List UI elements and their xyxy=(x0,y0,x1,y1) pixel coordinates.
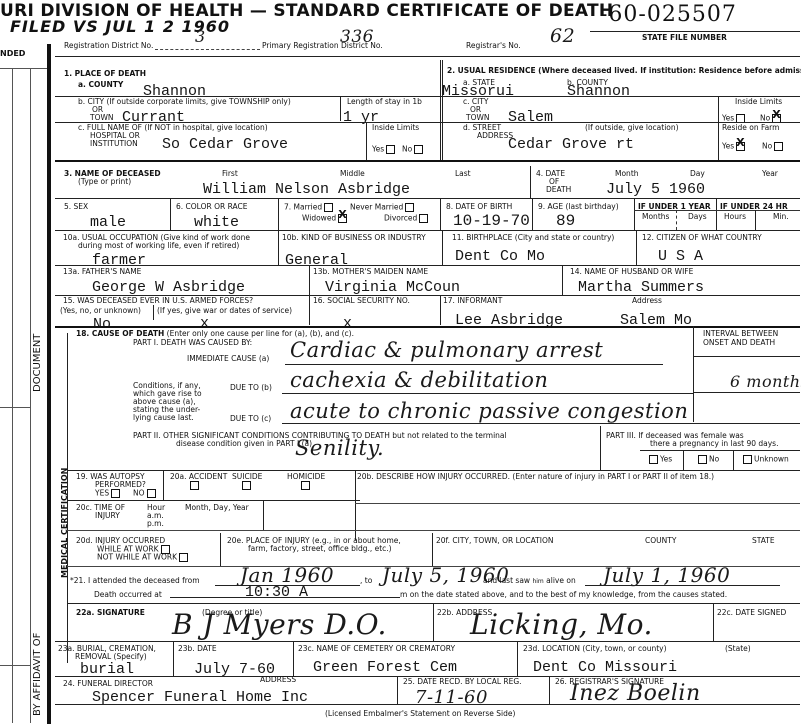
autopsy-yes[interactable]: YES xyxy=(95,489,122,498)
interval-label-2: ONSET AND DEATH xyxy=(703,339,775,347)
registrar-no-value: 62 xyxy=(550,26,575,46)
cemetery-label: 23c. NAME OF CEMETERY OR CREMATORY xyxy=(298,645,455,653)
res-inside-limits-label: Inside Limits xyxy=(735,98,782,106)
farm-label: Reside on Farm xyxy=(722,124,779,132)
father-value: George W Asbridge xyxy=(92,280,245,295)
street-hint: (If outside, give location) xyxy=(585,124,679,132)
marital-married[interactable]: 7. Married xyxy=(284,203,335,212)
res-city-town: TOWN xyxy=(466,114,490,122)
citizen-label: 12. CITIZEN OF WHAT COUNTRY xyxy=(642,234,762,242)
place-of-injury-label-2: farm, factory, street, office bldg., etc… xyxy=(248,545,392,553)
burial-method-label-2: REMOVAL (Specify) xyxy=(75,653,147,661)
city-label: b. CITY (If outside corporate limits, gi… xyxy=(78,98,291,106)
death-occurred-label: Death occurred at xyxy=(94,591,162,599)
informant-label: 17. INFORMANT xyxy=(443,297,502,305)
part-1-label: PART I. DEATH WAS CAUSED BY: xyxy=(133,339,252,347)
state-file-number-label: STATE FILE NUMBER xyxy=(642,34,727,42)
document-margin-label: DOCUMENT xyxy=(32,334,43,392)
birthplace-label: 11. BIRTHPLACE (City and state or countr… xyxy=(452,234,614,242)
deceased-name-value: William Nelson Asbridge xyxy=(203,182,410,197)
describe-injury-label: 20b. DESCRIBE HOW INJURY OCCURRED. (Ente… xyxy=(357,473,714,481)
race-value: white xyxy=(194,215,239,230)
length-of-stay-label: Length of stay in 1b xyxy=(347,98,422,106)
immediate-cause-value: Cardiac & pulmonary arrest xyxy=(290,340,603,360)
burial-state-label: (State) xyxy=(725,645,751,653)
marital-divorced[interactable]: Divorced xyxy=(384,214,430,223)
farm-no[interactable]: No xyxy=(762,142,785,151)
date-of-death-death: DEATH xyxy=(546,186,571,194)
injury-state-label: STATE xyxy=(752,537,775,545)
burial-location-label: 23d. LOCATION (City, town, or county) xyxy=(523,645,667,653)
street-value: Cedar Grove rt xyxy=(508,137,634,152)
birthplace-value: Dent Co Mo xyxy=(455,249,545,264)
autopsy-no[interactable]: NO xyxy=(133,489,158,498)
death-inside-limits-label: Inside Limits xyxy=(372,124,419,132)
armed-hint-2: (If yes, give war or dates of service) xyxy=(157,307,292,315)
last-label: Last xyxy=(455,170,471,178)
alive-on-value: July 1, 1960 xyxy=(603,565,730,585)
not-while-at-work[interactable]: NOT WHILE AT WORK xyxy=(97,553,190,562)
county-label: a. COUNTY xyxy=(78,81,123,89)
physician-address-value: Licking, Mo. xyxy=(470,610,653,640)
registration-district-label: Registration District No. xyxy=(64,42,153,50)
homicide-option[interactable]: HOMICIDE xyxy=(287,473,325,490)
informant-address-label: Address xyxy=(632,297,662,305)
farm-yes[interactable]: Yes xyxy=(722,142,747,151)
funeral-address-label: ADDRESS xyxy=(260,676,296,684)
affidavit-margin-label: BY AFFIDAVIT OF xyxy=(32,633,43,716)
burial-method-value: burial xyxy=(80,662,134,677)
signature-label: 22a. SIGNATURE xyxy=(76,609,145,617)
immediate-cause-label: IMMEDIATE CAUSE (a) xyxy=(187,355,269,363)
spouse-value: Martha Summers xyxy=(578,280,704,295)
middle-label: Middle xyxy=(340,170,365,178)
hours-label: Hours xyxy=(724,213,746,221)
death-inside-limits-no[interactable]: No xyxy=(402,145,425,154)
cause-of-death-heading: 18. CAUSE OF DEATH (Enter only one cause… xyxy=(76,330,354,338)
day-label: Day xyxy=(690,170,705,178)
spouse-label: 14. NAME OF HUSBAND OR WIFE xyxy=(570,268,693,276)
death-inside-limits-yes[interactable]: Yes xyxy=(372,145,397,154)
pregnancy-unknown[interactable]: Unknown xyxy=(741,455,789,464)
registrar-no-label: Registrar's No. xyxy=(466,42,521,50)
usual-residence-label: 2. USUAL RESIDENCE (Where deceased lived… xyxy=(447,67,801,75)
place-of-death-label: 1. PLACE OF DEATH xyxy=(64,70,146,78)
citizen-value: U S A xyxy=(658,249,703,264)
due-to-b-value: cachexia & debilitation xyxy=(290,370,548,390)
mdy-label: Month, Day, Year xyxy=(185,504,249,512)
days-label: Days xyxy=(688,213,707,221)
funeral-director-value: Spencer Funeral Home Inc xyxy=(92,690,308,705)
conditions-note: Conditions, if any, which gave rise to a… xyxy=(133,382,202,422)
date-of-death-value: July 5 1960 xyxy=(606,182,705,197)
months-label: Months xyxy=(642,213,669,221)
date-recd-value: 7-11-60 xyxy=(415,688,488,708)
sex-label: 5. SEX xyxy=(64,203,88,211)
hospital-value: So Cedar Grove xyxy=(162,137,288,152)
first-label: First xyxy=(222,170,238,178)
due-to-b-label: DUE TO (b) xyxy=(230,384,272,392)
year-label: Year xyxy=(762,170,778,178)
occupation-label-2: during most of working life, even if ret… xyxy=(78,242,239,250)
suicide-option[interactable]: SUICIDE xyxy=(232,473,262,490)
age-label: 9. AGE (last birthday) xyxy=(538,203,619,211)
age-value: 89 xyxy=(556,214,575,229)
min-label: Min. xyxy=(773,213,789,221)
dob-value: 10-19-70 xyxy=(453,214,530,229)
attended-from-value: Jan 1960 xyxy=(240,565,334,585)
mother-value: Virginia McCoun xyxy=(325,280,460,295)
month-label: Month xyxy=(615,170,639,178)
race-label: 6. COLOR OR RACE xyxy=(176,203,247,211)
armed-hint: (Yes, no, or unknown) xyxy=(60,307,141,315)
ssn-label: 16. SOCIAL SECURITY NO. xyxy=(313,297,410,305)
funeral-director-label: 24. FUNERAL DIRECTOR xyxy=(63,680,153,688)
primary-district-value: 336 xyxy=(340,27,374,47)
registration-district-value: 3 xyxy=(195,27,206,47)
city-town-label: TOWN xyxy=(90,114,114,122)
time-of-injury-label-2: INJURY xyxy=(95,512,120,520)
amended-margin-label: NDED xyxy=(0,50,25,58)
due-to-c-value: acute to chronic passive congestion xyxy=(290,401,688,421)
injury-city-label: 20f. CITY, TOWN, OR LOCATION xyxy=(436,537,553,545)
burial-location-value: Dent Co Missouri xyxy=(533,660,677,675)
burial-date-label: 23b. DATE xyxy=(178,645,217,653)
physician-signature: B J Myers D.O. xyxy=(172,610,387,640)
pregnancy-yes[interactable]: Yes xyxy=(647,455,672,464)
name-hint: (Type or print) xyxy=(78,178,131,186)
institution-label: INSTITUTION xyxy=(90,140,138,148)
pregnancy-no[interactable]: No xyxy=(696,455,719,464)
accident-option[interactable]: 20a. ACCIDENT xyxy=(170,473,227,490)
cemetery-value: Green Forest Cem xyxy=(313,660,457,675)
date-signed-label: 22c. DATE SIGNED xyxy=(717,609,786,617)
sex-value: male xyxy=(90,215,126,230)
mother-label: 13b. MOTHER'S MAIDEN NAME xyxy=(313,268,428,276)
part-3-label-2: there a pregnancy in last 90 days. xyxy=(650,440,778,448)
interval-b-value: 6 months xyxy=(730,372,801,392)
dob-label: 8. DATE OF BIRTH xyxy=(446,203,512,211)
attended-to-label: , to xyxy=(360,577,372,585)
interval-label: INTERVAL BETWEEN xyxy=(703,330,778,338)
date-recd-label: 25. DATE RECD. BY LOCAL REG. xyxy=(403,678,522,686)
due-to-c-label: DUE TO (c) xyxy=(230,415,271,423)
injury-county-label: COUNTY xyxy=(645,537,676,545)
registrar-signature: Inez Boelin xyxy=(570,684,701,704)
part-2-label-2: disease condition given in PART I (a) xyxy=(176,440,312,448)
attendance-statement: m on the date stated above, and to the b… xyxy=(400,591,727,599)
marital-never-married[interactable]: Never Married xyxy=(350,203,416,212)
armed-forces-label: 15. WAS DECEASED EVER IN U.S. ARMED FORC… xyxy=(63,297,253,305)
father-label: 13a. FATHER'S NAME xyxy=(63,268,141,276)
embalmer-footer: (Licensed Embalmer's Statement on Revers… xyxy=(325,710,515,718)
attended-label: *21. I attended the deceased from xyxy=(70,577,200,585)
marital-widowed[interactable]: Widowed xyxy=(302,214,349,223)
last-saw-label: and last saw him alive on xyxy=(483,577,576,586)
business-label: 10b. KIND OF BUSINESS OR INDUSTRY xyxy=(282,234,426,242)
part-2-value: Senility. xyxy=(295,438,384,458)
pm-label: p.m. xyxy=(147,520,164,528)
state-file-number: -60-025507 xyxy=(600,2,737,27)
